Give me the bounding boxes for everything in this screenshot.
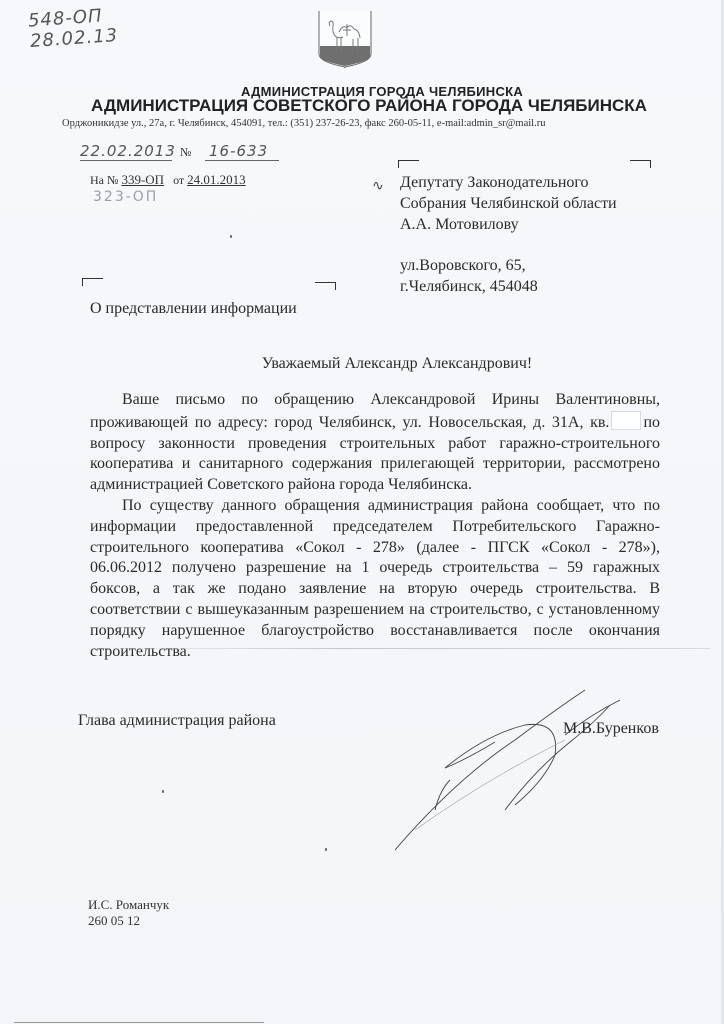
- addressee-corner-left: [398, 160, 419, 168]
- letter-body: Ваше письмо по обращению Александровой И…: [90, 390, 660, 662]
- letterhead-contacts: Орджоникидзе ул., 27а, г. Челябинск, 454…: [62, 118, 545, 129]
- addressee-name: А.А. Мотовилову: [400, 214, 617, 235]
- reference-number: 339-ОП: [121, 172, 164, 187]
- paper-fold-line: [90, 648, 710, 649]
- subject-corner-left: [82, 278, 103, 286]
- paper-speck: [162, 790, 164, 793]
- outgoing-number-label: №: [180, 145, 191, 160]
- subject-corner-right: [315, 282, 336, 290]
- salutation: Уважаемый Александр Александрович!: [0, 355, 724, 373]
- handwritten-signature: [395, 680, 625, 860]
- paper-speck: [230, 235, 232, 238]
- signatory-name: М.В.Буренков: [563, 720, 659, 738]
- check-mark-icon: ∿: [372, 178, 384, 195]
- paper-speck: [325, 848, 327, 851]
- addressee-street: ул.Воровского, 65,: [400, 255, 617, 276]
- addressee-line2: Собрания Челябинской области: [400, 193, 617, 214]
- reference-from-label: от: [173, 173, 184, 187]
- addressee-corner-right: [630, 160, 651, 168]
- addressee-line1: Депутату Законодательного: [400, 172, 617, 193]
- executor-phone: 260 05 12: [88, 913, 140, 929]
- letter-page: 548-ОП 28.02.13 АДМИНИСТРАЦИЯ ГОРОДА ЧЕЛ…: [0, 0, 724, 1024]
- addressee-block: Депутату Законодательного Собрания Челяб…: [400, 172, 617, 297]
- reference-line: На № 339-ОП от 24.01.2013: [90, 172, 246, 188]
- reference-date: 24.01.2013: [187, 172, 246, 187]
- letterhead-district-admin: АДМИНИСТРАЦИЯ СОВЕТСКОГО РАЙОНА ГОРОДА Ч…: [0, 96, 724, 116]
- addressee-city: г.Челябинск, 454048: [400, 276, 617, 297]
- outgoing-date: 22.02.2013: [80, 142, 172, 161]
- coat-of-arms-icon: [317, 10, 373, 68]
- handwritten-reference-note: 323-ОП: [93, 189, 158, 205]
- body-paragraph-2: По существу данного обращения администра…: [90, 496, 660, 662]
- signatory-title: Глава администрация района: [78, 712, 276, 730]
- paragraph-1-text-start: Ваше письмо по обращению Александровой И…: [90, 391, 660, 431]
- body-paragraph-1: Ваше письмо по обращению Александровой И…: [90, 390, 660, 496]
- reference-prefix: На №: [90, 173, 118, 187]
- redacted-apartment-number: [611, 411, 641, 430]
- letter-subject: О представлении информации: [90, 300, 297, 318]
- executor-name: И.С. Романчук: [88, 897, 169, 913]
- scan-edge-line: [14, 1022, 264, 1023]
- outgoing-number: 16-633: [205, 142, 279, 161]
